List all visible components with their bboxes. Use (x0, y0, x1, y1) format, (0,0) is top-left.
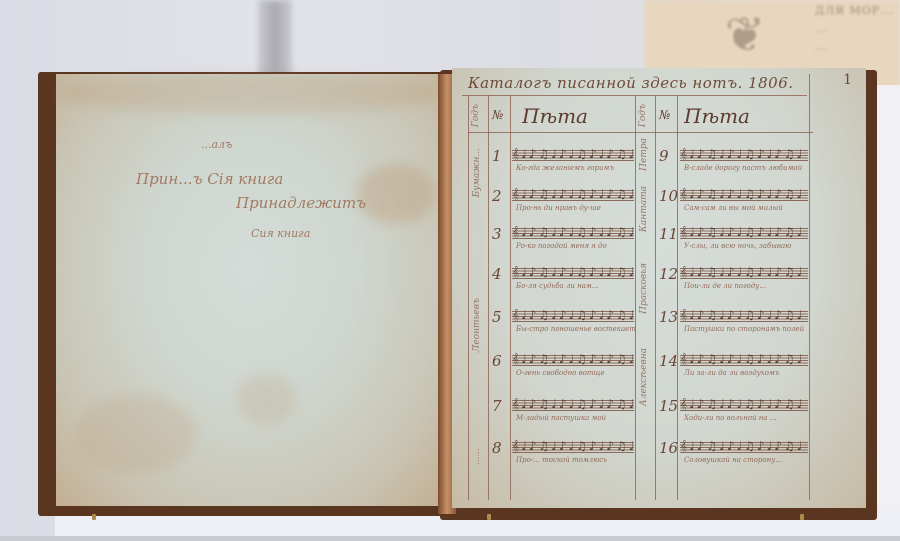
lyric-incipit: У-слы, ли всю ночь, забываю (684, 242, 791, 250)
right-page: Каталогъ писанной здесь нотъ. 1806. 1 № … (452, 68, 866, 508)
music-notes: 𝄞♩♪♫♩♪♩♫♪♩♪♫♩ (512, 188, 634, 200)
column-header-songs: Пѣта (684, 104, 750, 128)
row-number: 8 (492, 439, 502, 457)
number-header: № (492, 108, 503, 122)
year-label: Годъ (638, 104, 648, 127)
lyric-incipit: Сам-сам ли вы мой милый (684, 204, 783, 212)
lyric-incipit: Ходи-ли по вольной на ... (684, 414, 776, 422)
year-label: Годъ (471, 104, 481, 127)
side-label: Алексѣевна (639, 348, 649, 406)
row-number: 3 (492, 225, 502, 243)
row-number: 1 (492, 147, 502, 165)
column-header-songs: Пѣта (522, 104, 588, 128)
lyric-incipit: Соловушкой на сторону... (684, 456, 782, 464)
music-notes: 𝄞♩♪♫♩♪♩♫♪♩♪♫♩ (680, 309, 808, 321)
inscription: Принадлежитъ (236, 194, 366, 212)
music-notes: 𝄞♩♪♫♩♪♩♫♪♩♪♫♩ (680, 226, 808, 238)
number-header: № (659, 108, 670, 122)
row-number: 5 (492, 308, 502, 326)
background-pillar (258, 0, 292, 80)
lyric-incipit: Ли за-ли да ли воздухомъ (684, 369, 779, 377)
row-number: 13 (659, 308, 678, 326)
lyric-incipit: М-ладый пастушка мой (516, 414, 606, 422)
side-label: Леонтьевъ (472, 298, 482, 352)
stand-edge (0, 536, 900, 541)
music-notes: 𝄞♩♪♫♩♪♩♫♪♩♪♫♩ (512, 353, 634, 365)
music-notes: 𝄞♩♪♫♩♪♩♫♪♩♪♫♩ (680, 398, 808, 410)
row-number: 4 (492, 265, 502, 283)
lyric-incipit: Бо-ля судьба ли нам... (516, 282, 598, 290)
music-notes: 𝄞♩♪♫♩♪♩♫♪♩♪♫♩ (680, 148, 808, 160)
row-number: 6 (492, 352, 502, 370)
music-notes: 𝄞♩♪♫♩♪♩♫♪♩♪♫♩ (512, 440, 634, 452)
print-line: ... (815, 40, 829, 53)
row-number: 10 (659, 187, 678, 205)
row-number: 16 (659, 439, 678, 457)
side-label: ...... (472, 448, 482, 465)
lyric-incipit: Пои-ли де ли погоду... (684, 282, 766, 290)
row-number: 2 (492, 187, 502, 205)
print-line: ДЛЯ МОР... (815, 4, 894, 17)
music-notes: 𝄞♩♪♫♩♪♩♫♪♩♪♫♩ (680, 266, 808, 278)
side-label: Прасковья (639, 263, 649, 314)
row-number: 14 (659, 352, 678, 370)
lyric-incipit: Ко-гда желанiемъ горимъ (516, 164, 614, 172)
lyric-incipit: Бы-стро поношенье востекает (516, 325, 636, 333)
lyric-incipit: Про-нь ди нравъ ду-ше (516, 204, 601, 212)
side-label: Петра (639, 138, 649, 171)
inscription: Сия книга (251, 227, 310, 240)
side-label: Кантата (639, 186, 649, 232)
side-label: Бумажн... (472, 148, 482, 197)
music-notes: 𝄞♩♪♫♩♪♩♫♪♩♪♫♩ (512, 398, 634, 410)
page-number: 1 (843, 72, 852, 88)
inscription: Прин...ъ Сiя книга (136, 170, 283, 188)
row-number: 9 (659, 147, 669, 165)
ornament-icon: ❦ (715, 0, 775, 70)
music-notes: 𝄞♩♪♫♩♪♩♫♪♩♪♫♩ (512, 226, 634, 238)
music-notes: 𝄞♩♪♫♩♪♩♫♪♩♪♫♩ (680, 353, 808, 365)
row-number: 7 (492, 397, 502, 415)
row-number: 15 (659, 397, 678, 415)
lyric-incipit: В-сладе дорогу пастъ любимой (684, 164, 802, 172)
lyric-incipit: Ро-ко погодой меня я до (516, 242, 607, 250)
lyric-incipit: Про-... тоской томлюсь (516, 456, 607, 464)
print-line: ... (815, 22, 829, 35)
catalogue-title: Каталогъ писанной здесь нотъ. 1806. (468, 74, 794, 92)
row-number: 12 (659, 265, 678, 283)
lyric-incipit: Пастушки по сторонамъ полей (684, 325, 804, 333)
lyric-incipit: О-гень свободно вотще (516, 369, 605, 377)
row-number: 11 (659, 225, 678, 243)
music-notes: 𝄞♩♪♫♩♪♩♫♪♩♪♫♩ (512, 266, 634, 278)
music-notes: 𝄞♩♪♫♩♪♩♫♪♩♪♫♩ (512, 148, 634, 160)
music-notes: 𝄞♩♪♫♩♪♩♫♪♩♪♫♩ (512, 309, 634, 321)
music-notes: 𝄞♩♪♫♩♪♩♫♪♩♪♫♩ (680, 440, 808, 452)
inscription: ...алъ (201, 138, 232, 151)
left-page: ...алъ Прин...ъ Сiя книга Принадлежитъ С… (56, 74, 444, 506)
music-notes: 𝄞♩♪♫♩♪♩♫♪♩♪♫♩ (680, 188, 808, 200)
